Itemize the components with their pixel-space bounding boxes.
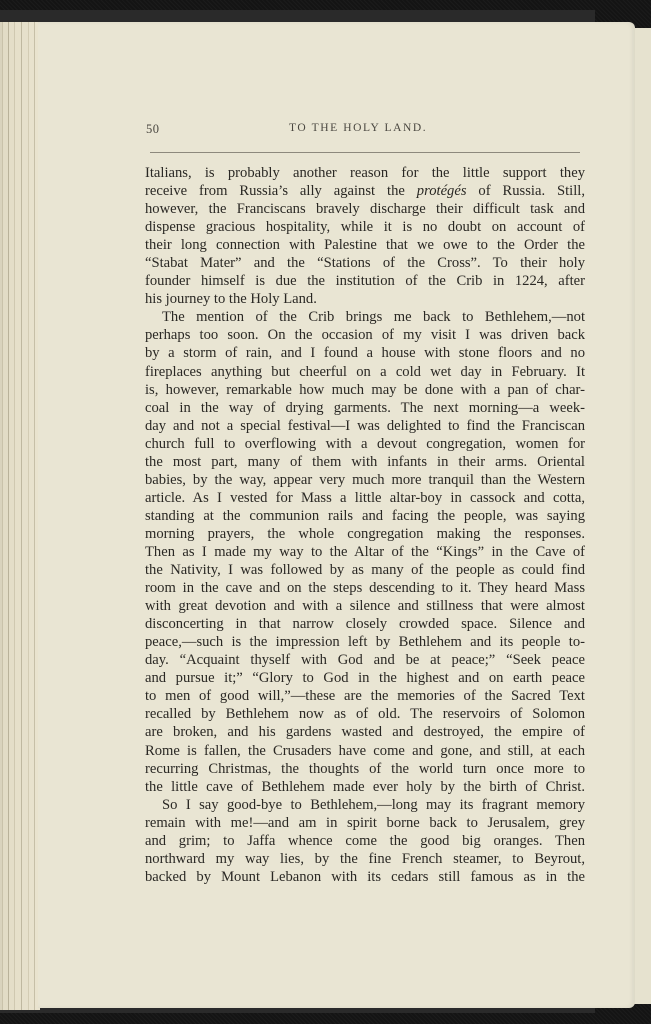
header-rule xyxy=(150,152,580,153)
text-line: peace,—such is the impression left by Be… xyxy=(145,633,585,651)
text-line: by a storm of rain, and I found a house … xyxy=(145,344,585,362)
text-line: article. As I vested for Mass a little a… xyxy=(145,489,585,507)
text-line: the Nativity, I was followed by as many … xyxy=(145,561,585,579)
text-line: day. “Acquaint thyself with God and be a… xyxy=(145,651,585,669)
text-line: babies, by the way, appear very much mor… xyxy=(145,471,585,489)
text-line: receive from Russia’s ally against the p… xyxy=(145,182,585,200)
text-line: room in the cave and on the steps descen… xyxy=(145,579,585,597)
text-line: the little cave of Bethlehem made ever h… xyxy=(145,778,585,796)
italic-term: protégés xyxy=(417,183,467,199)
text-line: coal in the way of drying garments. The … xyxy=(145,399,585,417)
text-line: backed by Mount Lebanon with its cedars … xyxy=(145,868,585,886)
text-line: remain with me!—and am in spirit borne b… xyxy=(145,814,585,832)
text-line: recalled by Bethlehem now as of old. The… xyxy=(145,705,585,723)
text-line: church full to overflowing with a devout… xyxy=(145,435,585,453)
text-line: northward my way lies, by the fine Frenc… xyxy=(145,850,585,868)
text-line: “Stabat Mater” and the “Stations of the … xyxy=(145,254,585,272)
cover-edge-top xyxy=(0,10,595,22)
text-line: Then as I made my way to the Altar of th… xyxy=(145,543,585,561)
text-line: and grim; to Jaffa whence come the good … xyxy=(145,832,585,850)
text-line: morning prayers, the whole congregation … xyxy=(145,525,585,543)
text-line: his journey to the Holy Land. xyxy=(145,290,585,308)
text-line: recurring Christmas, the thoughts of the… xyxy=(145,760,585,778)
text-line: dispense gracious hospitality, while it … xyxy=(145,218,585,236)
text-line: day and not a special festival—I was del… xyxy=(145,417,585,435)
text-line: The mention of the Crib brings me back t… xyxy=(145,308,585,326)
body-text: Italians, is probably another reason for… xyxy=(145,164,585,886)
text-line: is, however, remarkable how much may be … xyxy=(145,381,585,399)
text-line: disconcerting in that narrow closely cro… xyxy=(145,615,585,633)
running-head: 50 TO THE HOLY LAND. xyxy=(144,122,578,140)
text-line: with great devotion and with a silence a… xyxy=(145,597,585,615)
text-line: their long connection with Palestine tha… xyxy=(145,236,585,254)
text-line: are broken, and his gardens wasted and d… xyxy=(145,723,585,741)
text-line: to men of good will,”—these are the memo… xyxy=(145,687,585,705)
text-line: Italians, is probably another reason for… xyxy=(145,164,585,182)
text-line: standing at the communion rails and faci… xyxy=(145,507,585,525)
text-line: founder himself is due the institution o… xyxy=(145,272,585,290)
page-number: 50 xyxy=(146,122,160,137)
text-line: fireplaces anything but cheerful on a co… xyxy=(145,363,585,381)
text-line: So I say good-bye to Bethlehem,—long may… xyxy=(145,796,585,814)
text-line: the most part, many of them with infants… xyxy=(145,453,585,471)
text-line: perhaps too soon. On the occasion of my … xyxy=(145,326,585,344)
text-line: and pursue it;” “Glory to God in the hig… xyxy=(145,669,585,687)
page-stack-edges xyxy=(0,22,40,1010)
text-line: however, the Franciscans bravely dischar… xyxy=(145,200,585,218)
text-line: Rome is fallen, the Crusaders have come … xyxy=(145,742,585,760)
running-title: TO THE HOLY LAND. xyxy=(289,122,427,134)
